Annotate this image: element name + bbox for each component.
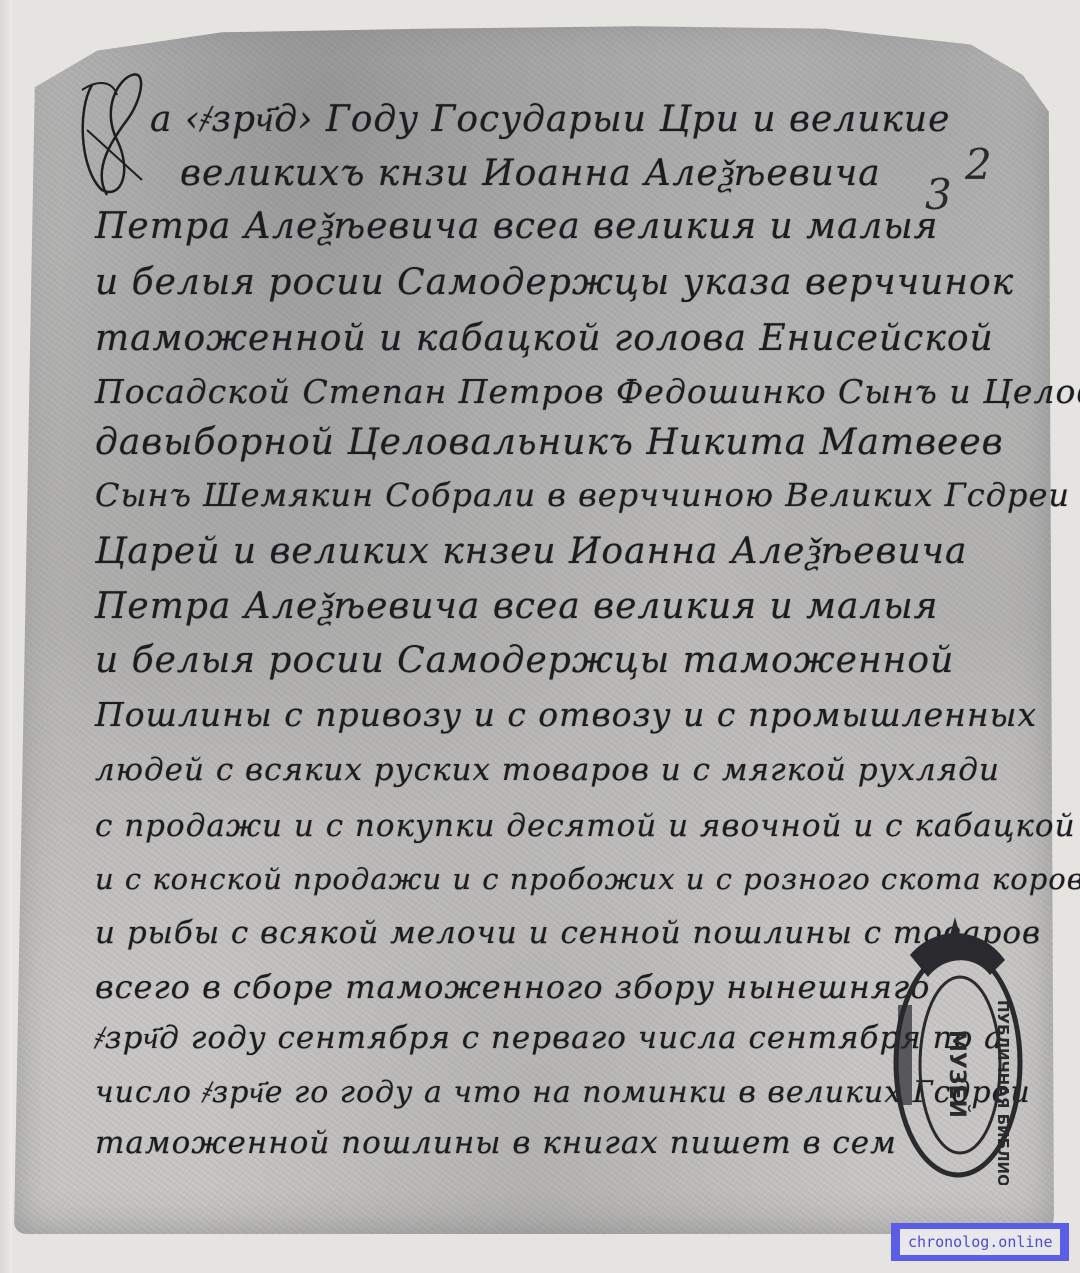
manuscript-line-4: и белыя росии Самодержцы указа верччинок bbox=[95, 262, 1014, 303]
manuscript-line-13: людей с всяких руских товаров и с мягкой… bbox=[95, 752, 1000, 788]
folio-mark-left: 3 bbox=[925, 170, 952, 219]
manuscript-line-11: и белыя росии Самодержцы таможенной bbox=[95, 640, 954, 681]
stamp-inner-text: МУЗЕЙ bbox=[944, 1030, 970, 1118]
decorative-initial-letter bbox=[72, 70, 152, 200]
library-stamp-icon: ПУБЛИЧНАЯ БИБЛИОТЕКА МУЗЕЙ bbox=[880, 915, 1030, 1185]
manuscript-line-9: Царей и великих кнзеи Иоанна Алеѯѣевича bbox=[95, 530, 968, 572]
manuscript-line-1: а ‹҂зрч҃д› Году Государыи Цри и великие bbox=[150, 98, 950, 140]
manuscript-line-14: с продажи и с покупки десятой и явочной … bbox=[95, 808, 1076, 844]
manuscript-line-17: всего в сборе таможенного збору нынешняг… bbox=[95, 968, 930, 1006]
manuscript-line-2: великихъ кнзи Иоанна Алеѯѣевича bbox=[180, 152, 881, 194]
manuscript-line-20: таможенной пошлины в книгах пишет в сем bbox=[95, 1125, 897, 1161]
manuscript-line-7: давыборной Целовальникъ Никита Матвеев bbox=[95, 422, 1004, 463]
photo-frame-edge bbox=[0, 0, 12, 1273]
manuscript-line-3: Петра Алеѯѣевича всеа великия и малыя bbox=[95, 205, 939, 247]
watermark-text[interactable]: chronolog.online bbox=[900, 1229, 1060, 1255]
folio-mark-right: 2 bbox=[965, 140, 992, 189]
watermark-badge[interactable]: chronolog.online bbox=[891, 1223, 1069, 1261]
manuscript-line-5: таможенной и кабацкой голова Енисейской bbox=[95, 318, 994, 359]
manuscript-line-10: Петра Алеѯѣевича всеа великия и малыя bbox=[95, 585, 939, 627]
manuscript-line-6: Посадской Степан Петров Федошинко Сынъ и… bbox=[95, 372, 1080, 411]
manuscript-line-18: ҂зрч҃д году сентября с перваго числа сен… bbox=[95, 1020, 1004, 1056]
stamp-outer-text: ПУБЛИЧНАЯ БИБЛИОТЕКА bbox=[994, 1000, 1012, 1185]
manuscript-line-12: Пошлины с привозу и с отвозу и с промышл… bbox=[95, 695, 1037, 734]
manuscript-line-15: и с конской продажи и с пробожих и с роз… bbox=[95, 862, 1080, 896]
manuscript-line-8: Сынъ Шемякин Собрали в верччиною Великих… bbox=[95, 476, 1070, 514]
